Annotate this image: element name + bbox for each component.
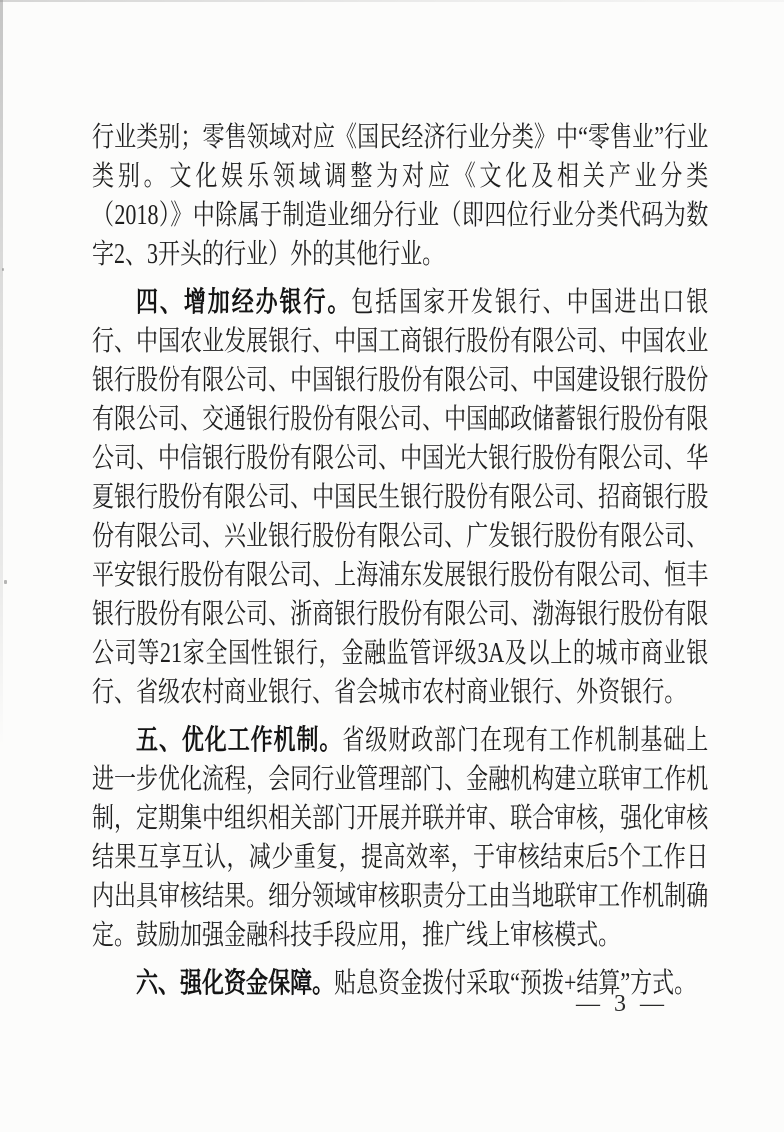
paragraph-text: 包括国家开发银行、中国进出口银行、中国农业发展银行、中国工商银行股份有限公司、中… xyxy=(92,287,708,708)
scan-edge-artifact-left xyxy=(0,0,3,748)
paragraph-industry-categories: 行业类别；零售领域对应《国民经济行业分类》中“零售业”行业类别。文化娱乐领域调整… xyxy=(92,117,708,274)
paragraph-text: 行业类别；零售领域对应《国民经济行业分类》中“零售业”行业类别。文化娱乐领域调整… xyxy=(92,122,708,270)
section-heading-5: 五、优化工作机制。 xyxy=(136,724,342,755)
document-body: 行业类别；零售领域对应《国民经济行业分类》中“零售业”行业类别。文化娱乐领域调整… xyxy=(92,117,708,1011)
page-number: — 3 — xyxy=(576,991,668,1017)
scan-speck xyxy=(2,268,4,271)
scan-edge-artifact-top xyxy=(0,0,784,2)
section-heading-4: 四、增加经办银行。 xyxy=(136,286,351,317)
scan-speck xyxy=(4,580,7,584)
section-heading-6: 六、强化资金保障。 xyxy=(136,967,334,998)
paragraph-section-4-banks: 四、增加经办银行。包括国家开发银行、中国进出口银行、中国农业发展银行、中国工商银… xyxy=(92,282,708,712)
document-page: 行业类别；零售领域对应《国民经济行业分类》中“零售业”行业类别。文化娱乐领域调整… xyxy=(0,0,784,1132)
paragraph-text: 省级财政部门在现有工作机制基础上进一步优化流程，会同行业管理部门、金融机构建立联… xyxy=(92,725,708,951)
paragraph-section-5-work-mechanism: 五、优化工作机制。省级财政部门在现有工作机制基础上进一步优化流程，会同行业管理部… xyxy=(92,720,708,955)
